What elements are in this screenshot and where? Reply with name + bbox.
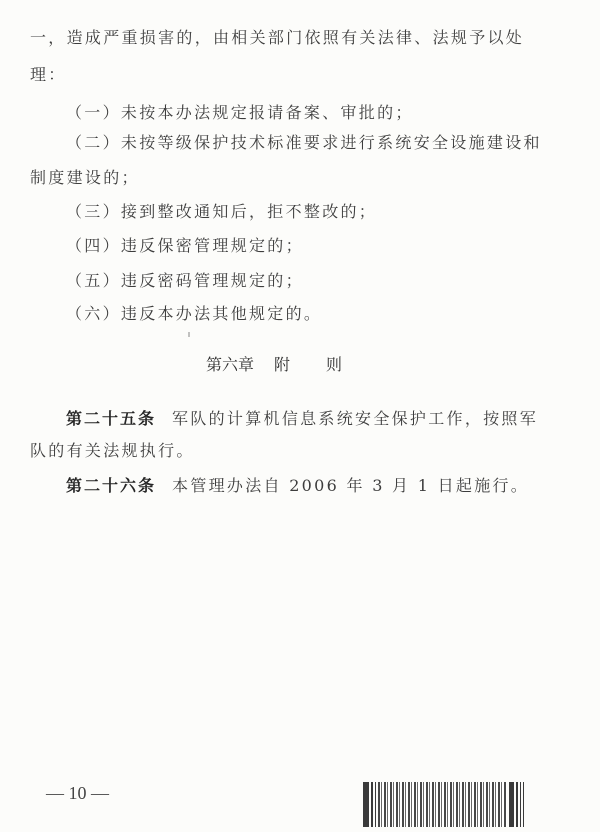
list-item-5: （五）违反密码管理规定的； bbox=[66, 271, 566, 291]
chapter-heading: 第六章附则 bbox=[206, 355, 342, 375]
article-text: 军队的计算机信息系统安全保护工作，按照军 bbox=[172, 409, 538, 428]
list-item-1: （一）未按本办法规定报请备案、审批的； bbox=[66, 103, 566, 123]
article-25-continuation: 队的有关法规执行。 bbox=[30, 441, 530, 461]
chapter-number: 第六章 bbox=[206, 355, 254, 374]
paragraph-line: 理： bbox=[30, 65, 530, 85]
chapter-title-part1: 附 bbox=[274, 355, 290, 374]
scan-speck bbox=[188, 332, 190, 337]
paragraph-line: 一，造成严重损害的，由相关部门依照有关法律、法规予以处 bbox=[30, 28, 530, 48]
article-label: 第二十五条 bbox=[66, 409, 156, 428]
article-25: 第二十五条军队的计算机信息系统安全保护工作，按照军 bbox=[66, 409, 566, 429]
list-item-4: （四）违反保密管理规定的； bbox=[66, 236, 566, 256]
list-item-6: （六）违反本办法其他规定的。 bbox=[66, 304, 566, 324]
barcode-icon bbox=[363, 782, 524, 827]
chapter-title-part2: 则 bbox=[326, 355, 342, 374]
list-item-2-continuation: 制度建设的； bbox=[30, 168, 530, 188]
article-26: 第二十六条本管理办法自 2006 年 3 月 1 日起施行。 bbox=[66, 476, 566, 496]
article-label: 第二十六条 bbox=[66, 476, 156, 495]
list-item-3: （三）接到整改通知后，拒不整改的； bbox=[66, 202, 566, 222]
article-text: 本管理办法自 2006 年 3 月 1 日起施行。 bbox=[172, 476, 529, 495]
page-number: — 10 — bbox=[46, 783, 109, 804]
barcode-data-modules bbox=[378, 782, 507, 827]
document-page: 一，造成严重损害的，由相关部门依照有关法律、法规予以处 理： （一）未按本办法规… bbox=[0, 0, 600, 832]
list-item-2: （二）未按等级保护技术标准要求进行系统安全设施建设和 bbox=[66, 133, 566, 153]
